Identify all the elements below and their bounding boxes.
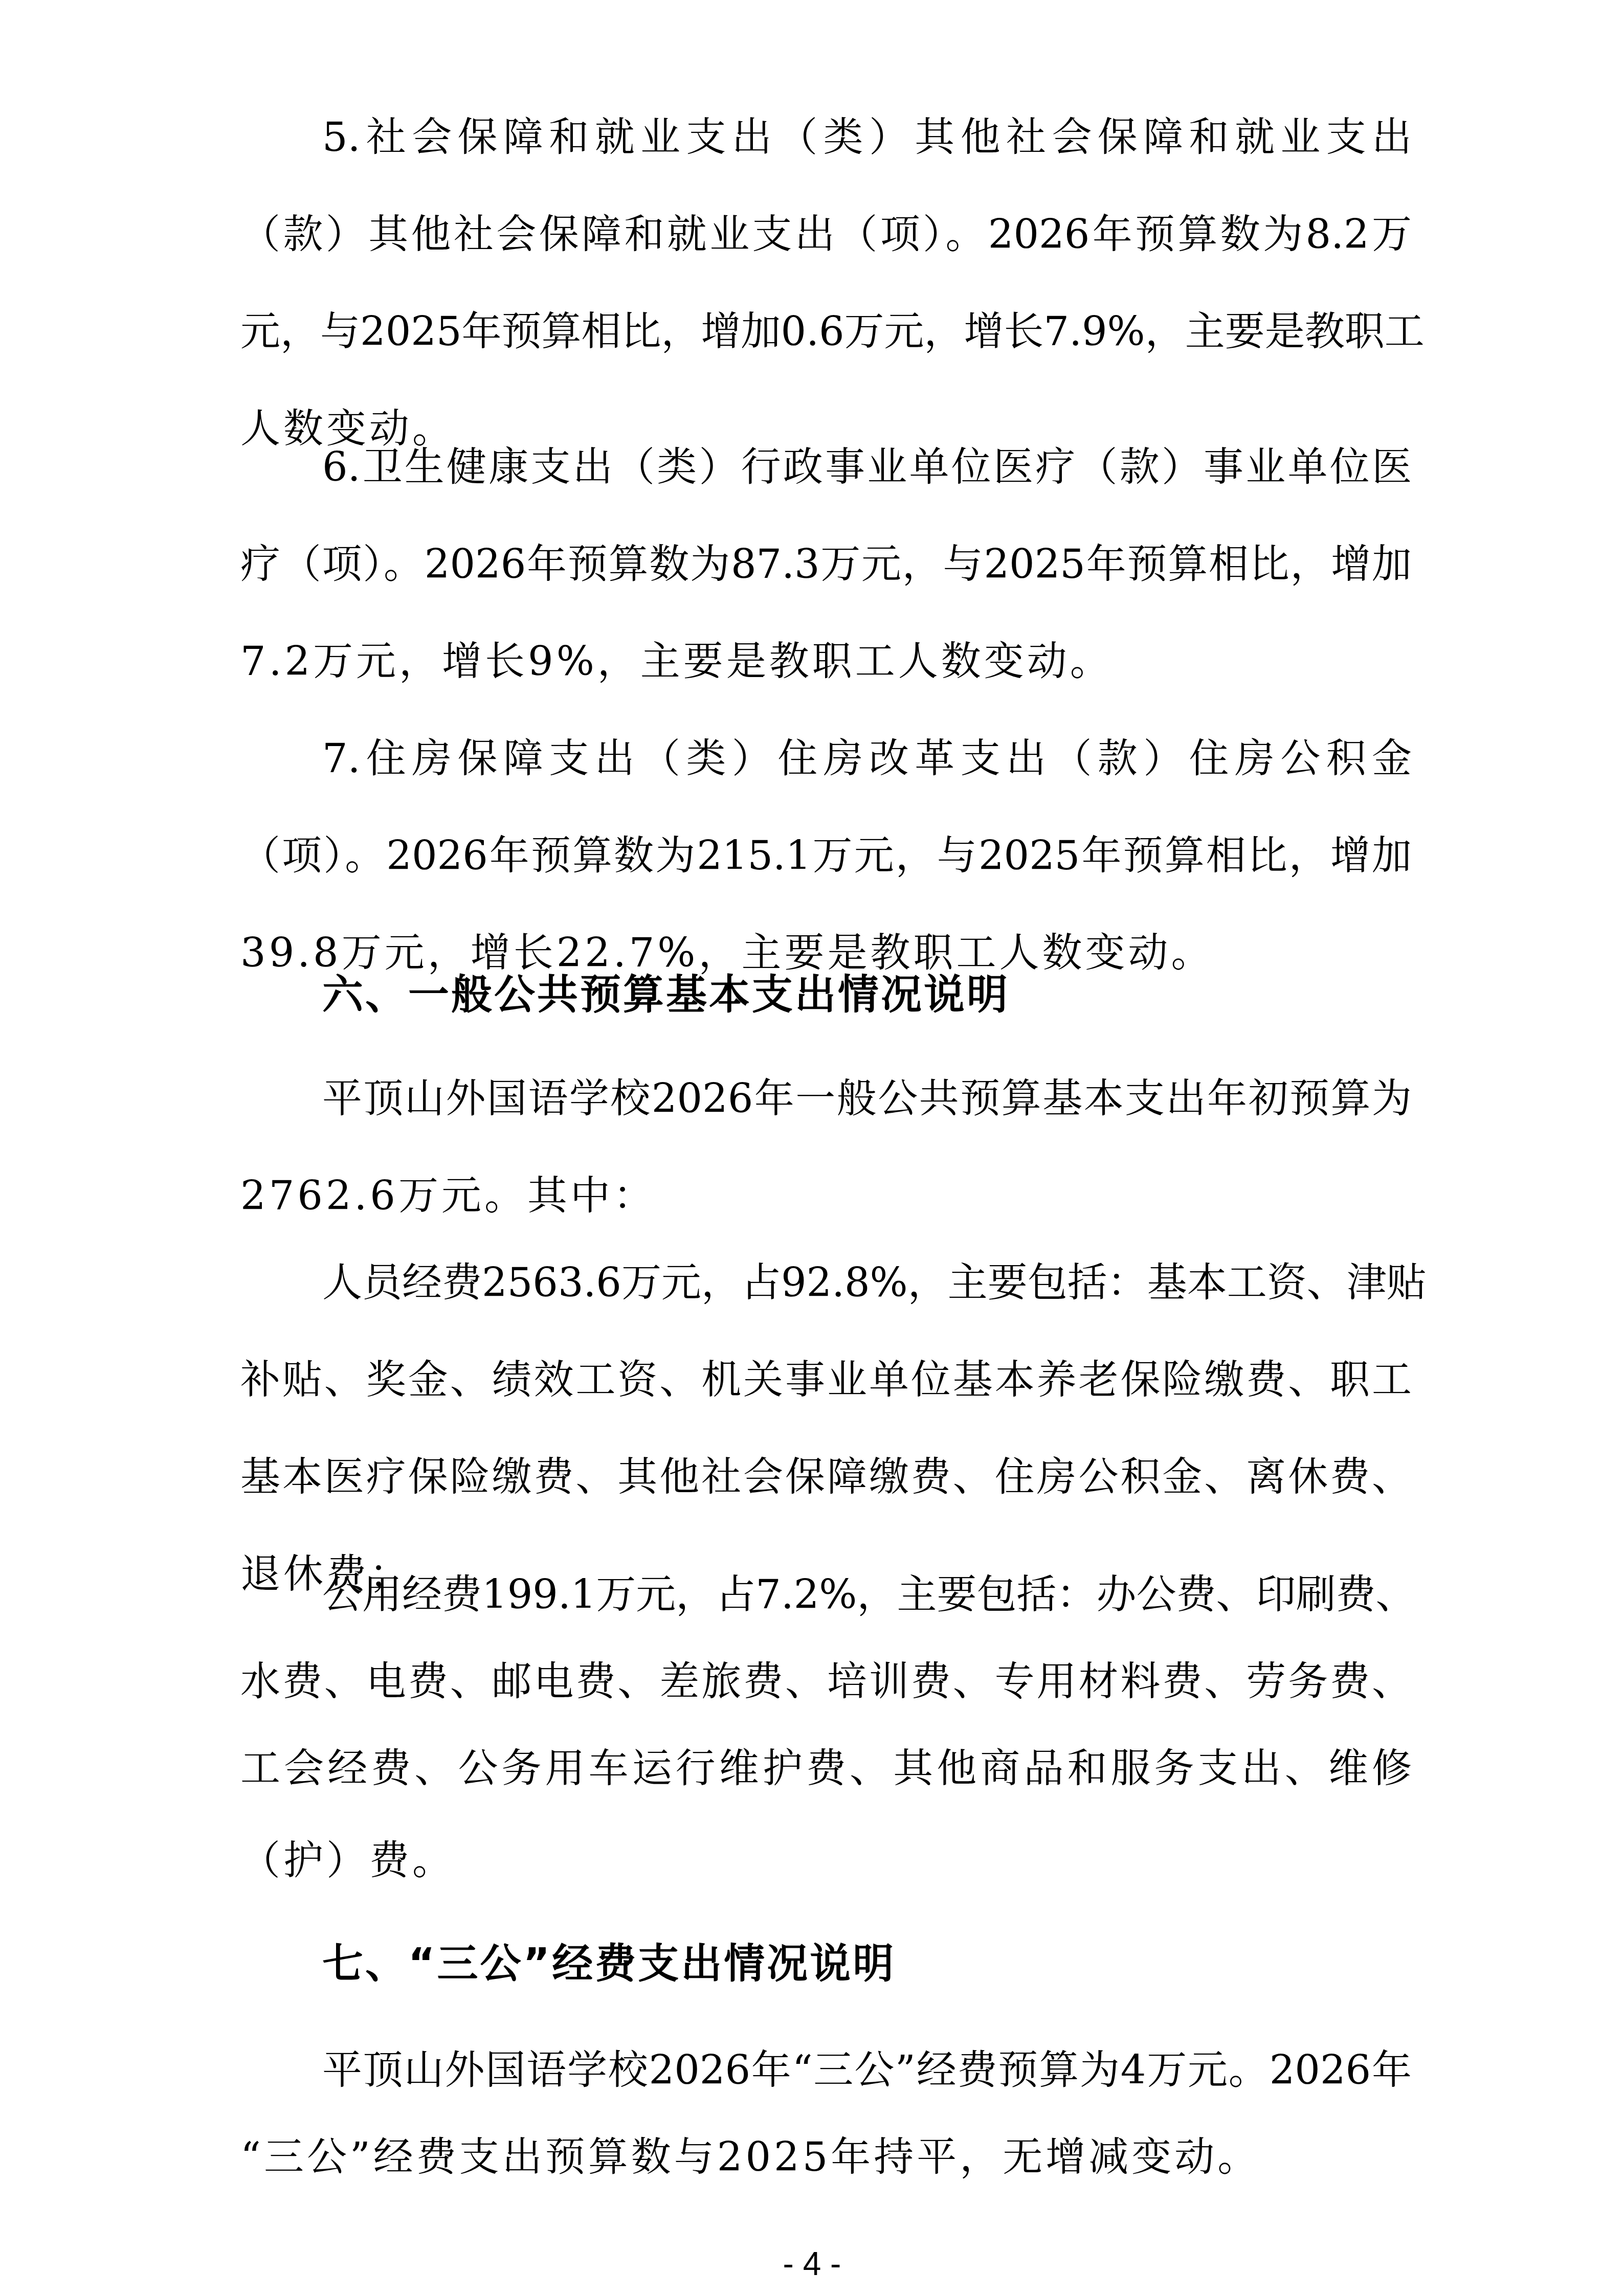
item5-line2: （款）其他社会保障和就业支出（项）。2026年预算数为8.2万 — [240, 215, 1412, 255]
public-line3: 工会经费、公务用车运行维护费、其他商品和服务支出、维修 — [240, 1749, 1412, 1789]
section6-heading: 六、一般公共预算基本支出情况说明 — [322, 974, 1010, 1015]
personnel-line2: 补贴、奖金、绩效工资、机关事业单位基本养老保险缴费、职工 — [240, 1360, 1412, 1400]
item7-line1: 7.住房保障支出（类）住房改革支出（款）住房公积金 — [322, 739, 1412, 779]
section7-line2: “三公”经费支出预算数与2025年持平，无增减变动。 — [240, 2137, 1260, 2177]
item5-line4: 人数变动。 — [240, 409, 455, 449]
page-number: - 4 - — [0, 2245, 1624, 2283]
section6-intro-line1: 平顶山外国语学校2026年一般公共预算基本支出年初预算为 — [322, 1079, 1412, 1119]
section7-line1: 平顶山外国语学校2026年“三公”经费预算为4万元。2026年 — [322, 2051, 1412, 2090]
item6-line3: 7.2万元，增长9%，主要是教职工人数变动。 — [240, 642, 1113, 682]
public-line2: 水费、电费、邮电费、差旅费、培训费、专用材料费、劳务费、 — [240, 1662, 1412, 1702]
personnel-line3: 基本医疗保险缴费、其他社会保障缴费、住房公积金、离休费、 — [240, 1457, 1412, 1497]
item5-line1: 5.社会保障和就业支出（类）其他社会保障和就业支出 — [322, 118, 1412, 157]
section6-intro-line2: 2762.6万元。其中： — [240, 1176, 656, 1216]
item7-line2: （项）。2026年预算数为215.1万元，与2025年预算相比，增加 — [240, 836, 1412, 876]
item7-line3: 39.8万元，增长22.7%，主要是教职工人数变动。 — [240, 933, 1214, 973]
public-line4: （护）费。 — [240, 1841, 455, 1881]
item6-line1: 6.卫生健康支出（类）行政事业单位医疗（款）事业单位医 — [322, 447, 1412, 487]
personnel-line1: 人员经费2563.6万元，占92.8%，主要包括：基本工资、津贴 — [322, 1263, 1412, 1303]
public-line1: 公用经费199.1万元，占7.2%，主要包括：办公费、印刷费、 — [322, 1575, 1412, 1615]
item5-line3: 元，与2025年预算相比，增加0.6万元，增长7.9%，主要是教职工 — [240, 312, 1412, 352]
section7-heading: 七、“三公”经费支出情况说明 — [322, 1943, 896, 1984]
item6-line2: 疗（项）。2026年预算数为87.3万元，与2025年预算相比，增加 — [240, 545, 1412, 584]
